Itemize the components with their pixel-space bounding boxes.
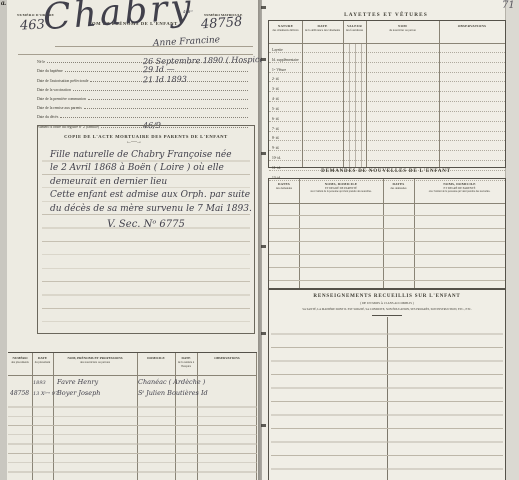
layette-row: 4ᵉ id.: [269, 92, 505, 102]
layette-row-label: 1ʳᵉ Vêture: [269, 68, 286, 72]
divider-line: [372, 315, 402, 316]
layettes-rows: Layette Id. supplémentaire 1ʳᵉ Vêture 2ᵉ…: [269, 43, 505, 181]
mortuary-act-copy-box: COPIE DE L'ACTE MORTUAIRE DES PARENTS DE…: [37, 125, 255, 334]
layettes-header-valeur: VALEUR des fournitures: [343, 24, 366, 32]
placements-header-rentree: DATE de la rentrée à l'hospice: [175, 356, 197, 368]
placements-rows: 1893 Favre Henry Chanéac ( Ardèche ) 487…: [8, 376, 257, 398]
placement-date: 13 Xᵇʳᵉ 97: [33, 391, 58, 397]
layette-row: 3ᵉ id.: [269, 82, 505, 92]
scan-right-margin: [505, 0, 519, 480]
placement-nom: Favre Henry: [57, 378, 98, 386]
form-line: Date de la vaccination: [37, 83, 250, 92]
layette-row-label: 8ᵉ id.: [269, 136, 279, 140]
dotted-leader: [84, 108, 248, 109]
mortuary-act-reference: V. Sec. Nᵒ 6775: [38, 219, 254, 230]
double-arrow-icon: ←—→: [126, 139, 141, 145]
mortuary-act-line: Fille naturelle de Chabry Françoise née: [50, 149, 246, 162]
ruled-lines: [8, 398, 257, 480]
placements-header-nom: NOM, PRÉNOMS ET PROFESSIONS des nourrici…: [53, 356, 137, 364]
layette-row-label: 10ᵉ id.: [269, 156, 281, 160]
corner-mark: a.: [1, 0, 6, 7]
layette-row-label: Layette: [269, 48, 283, 52]
layettes-header-nature: NATURE des vêtements délivrés: [269, 24, 302, 32]
layette-row: 8ᵉ id.: [269, 132, 505, 142]
child-surname-handwriting: Chabry: [42, 0, 195, 38]
placement-date: 1893: [33, 380, 46, 386]
placements-header-observations: OBSERVATIONS: [197, 356, 257, 360]
demandes-table: DATES des demandes NOMS, DOMICILE ET DEG…: [268, 178, 506, 290]
mortuary-box-title: COPIE DE L'ACTE MORTUAIRE DES PARENTS DE…: [38, 134, 254, 139]
layettes-header-nom: NOM du nourricier ou patron: [366, 24, 439, 32]
layette-row-label: 7ᵉ id.: [269, 127, 279, 131]
dotted-leader: [60, 117, 248, 118]
binding-tick: [261, 332, 266, 335]
binding-tick: [261, 424, 266, 427]
layettes-title: LAYETTES ET VÊTURES: [268, 12, 504, 18]
ruled-lines: [269, 203, 505, 289]
form-line: Né le 26 Septembre 1890 ( Hospice ): [37, 55, 250, 64]
demandes-header-noms-2: NOMS, DOMICILE ET DEGRÉ DE PARENTÉ avec …: [414, 182, 505, 193]
layettes-table: NATURE des vêtements délivrés DATE de la…: [268, 20, 506, 168]
placement-domicile: Chanéac ( Ardèche ): [138, 378, 205, 386]
mortuary-act-line: le 2 Avril 1868 à Boën ( Loire ) où elle: [50, 162, 246, 175]
mortuary-act-line: du décès de sa mère survenu le 7 Mai 189…: [50, 203, 246, 216]
placement-nom: Boyer Joseph: [57, 389, 100, 397]
layette-row-label: 2ᵉ id.: [269, 77, 279, 81]
name-rule-line: [55, 46, 253, 47]
form-line: Date de la remise aux parents: [37, 101, 250, 110]
placement-numero: 48758: [10, 390, 29, 397]
placement-row: 48758 13 Xᵇʳᵉ 97 Boyer Joseph Sᵗ Julien …: [8, 387, 257, 398]
layette-row: 10ᵉ id.: [269, 151, 505, 161]
demandes-header-dates-2: DATES des demandes: [383, 182, 414, 190]
renseignements-title: RENSEIGNEMENTS RECUEILLIS SUR L'ENFANT: [269, 294, 505, 299]
layette-row-label: 3ᵉ id.: [269, 87, 279, 91]
renseignements-table: RENSEIGNEMENTS RECUEILLIS SUR L'ENFANT (…: [268, 288, 506, 480]
layette-row: 1ʳᵉ Vêture: [269, 63, 505, 73]
matricule-note: 4ᵉ Bᵒⁿ: [183, 10, 193, 14]
demandes-title: DEMANDES DE NOUVELLES DE L'ENFANT: [268, 169, 504, 174]
demandes-header-noms-1: NOMS, DOMICILE ET DEGRÉ DE PARENTÉ avec …: [299, 182, 383, 193]
mortuary-act-line: demeurait en dernier lieu: [50, 176, 246, 189]
renseignements-subtitle: ( DE UN MOIS À 13 ANS ACCOMPLIS ): [269, 301, 505, 305]
scanned-register-spread: a. NUMÉRO D'ORDRE 463 NOM ET PRÉNOMS DE …: [0, 0, 519, 480]
placements-header-numero: NUMÉRO des placements: [8, 356, 32, 364]
placements-header-domicile: DOMICILE: [137, 356, 175, 360]
binding-tick: [261, 245, 266, 248]
layette-row: Layette: [269, 43, 505, 53]
mortuary-act-line: Cette enfant est admise aux Orph. par su…: [50, 189, 246, 202]
civil-status-form: Né le 26 Septembre 1890 ( Hospice ) Date…: [37, 55, 250, 129]
binding-tick: [261, 152, 266, 155]
layette-row-label: 6ᵉ id.: [269, 117, 279, 121]
layette-row: 6ᵉ id.: [269, 112, 505, 122]
binding-tick: [261, 6, 266, 9]
form-line: Date de l'autorisation préfectorale 21 I…: [37, 73, 250, 82]
layette-row: 5ᵉ id.: [269, 102, 505, 112]
form-line: Date du décès: [37, 110, 250, 119]
form-line: Date de la première communion: [37, 92, 250, 101]
layette-row: Id. supplémentaire: [269, 53, 505, 63]
placement-row: 1893 Favre Henry Chanéac ( Ardèche ): [8, 376, 257, 387]
left-page: NUMÉRO D'ORDRE 463 NOM ET PRÉNOMS DE L'E…: [7, 0, 258, 480]
layette-row-label: 5ᵉ id.: [269, 107, 279, 111]
layette-row-label: 4ᵉ id.: [269, 97, 279, 101]
demandes-header-dates-1: DATES des demandes: [269, 182, 299, 190]
layettes-header-date: DATE de la délivrance des vêtements: [302, 24, 343, 32]
form-line: Date du baptême 29 Id —: [37, 64, 250, 73]
page-number: 71: [502, 0, 515, 11]
right-page: 71 LAYETTES ET VÊTURES NATURE des vêteme…: [262, 0, 505, 480]
renseignements-note: SA SANTÉ, LA MANIÈRE DONT IL EST SOIGNÉ,…: [269, 307, 505, 311]
matricule-value: 48758: [201, 15, 243, 33]
placements-table: NUMÉRO des placements DATE du placement …: [8, 352, 257, 480]
ruled-lines: [271, 321, 503, 480]
placements-header-date: DATE du placement: [32, 356, 53, 364]
placement-domicile: Sᵗ Julien Boutières Id: [138, 389, 208, 397]
mortuary-act-handwriting: Fille naturelle de Chabry Françoise née …: [50, 149, 246, 216]
layette-row-label: 9ᵉ id.: [269, 146, 279, 150]
layette-row: 7ᵉ id.: [269, 122, 505, 132]
layette-row: 9ᵉ id.: [269, 141, 505, 151]
binding-tick: [261, 58, 266, 61]
layette-row-label: Id. supplémentaire: [269, 58, 299, 62]
dotted-leader: [88, 99, 248, 100]
layettes-header-observations: OBSERVATIONS: [439, 24, 505, 28]
order-number-value: 463: [20, 17, 46, 33]
dotted-leader: [73, 90, 248, 91]
layette-row: 2ᵉ id.: [269, 73, 505, 83]
